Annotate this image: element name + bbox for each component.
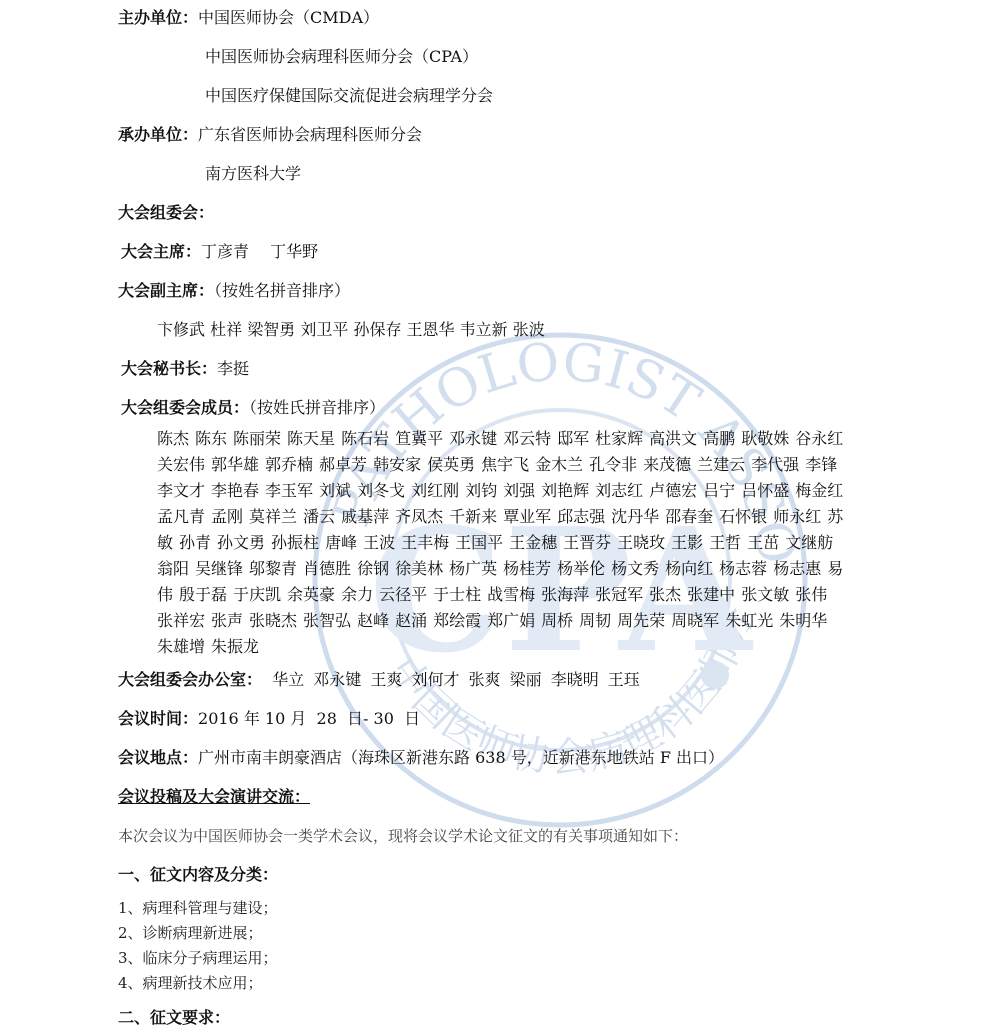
member-name: 吕宁 bbox=[703, 481, 735, 500]
member-name: 苏 bbox=[827, 507, 843, 526]
member-name: 陈杰 bbox=[157, 429, 189, 448]
member-name: 张海萍 bbox=[541, 585, 589, 604]
member-name: 云径平 bbox=[379, 585, 427, 604]
member-name: 杨举伦 bbox=[557, 559, 605, 578]
member-row: 孟凡青孟刚莫祥兰潘云戚基萍齐凤杰千新来覃业军邱志强沈丹华邵春奎石怀银师永红苏 bbox=[157, 504, 947, 530]
member-name: 韩安家 bbox=[373, 455, 421, 474]
member-name: 王晓玫 bbox=[617, 533, 665, 552]
member-name: 高洪文 bbox=[649, 429, 697, 448]
member-name: 余英豪 bbox=[287, 585, 335, 604]
committee-heading: 大会组委会： bbox=[118, 203, 214, 223]
member-name: 吕怀盛 bbox=[741, 481, 789, 500]
member-name: 刘斌 bbox=[319, 481, 351, 500]
office-members: 华立 邓永键 王爽 刘何才 张爽 梁丽 李晓明 王珏 bbox=[272, 670, 640, 689]
chair-row: 大会主席：丁彦青 丁华野 bbox=[121, 242, 318, 262]
place-row: 会议地点：广州市南丰朗豪酒店（海珠区新港东路 638 号，近新港东地铁站 F 出… bbox=[118, 748, 724, 768]
secretary-label: 大会秘书长： bbox=[121, 359, 217, 378]
vice-chair-name: 卞修武 bbox=[157, 320, 205, 339]
member-name: 李玉军 bbox=[265, 481, 313, 500]
member-name: 刘艳辉 bbox=[541, 481, 589, 500]
member-name: 张杰 bbox=[649, 585, 681, 604]
member-name: 孙青 bbox=[179, 533, 211, 552]
section1-heading: 一、征文内容及分类： bbox=[118, 865, 278, 885]
member-name: 周韧 bbox=[579, 611, 611, 630]
member-name: 郝卓芳 bbox=[319, 455, 367, 474]
member-name: 王金穗 bbox=[509, 533, 557, 552]
member-name: 战雪梅 bbox=[487, 585, 535, 604]
chair-names: 丁彦青 丁华野 bbox=[201, 242, 318, 261]
member-name: 戚基萍 bbox=[341, 507, 389, 526]
member-name: 王茁 bbox=[747, 533, 779, 552]
intro-text: 本次会议为中国医师协会一类学术会议，现将会议学术论文征文的有关事项通知如下： bbox=[118, 826, 688, 846]
member-row: 伟殷于磊于庆凯余英豪余力云径平于士柱战雪梅张海萍张冠军张杰张建中张文敏张伟 bbox=[157, 582, 947, 608]
member-name: 杨志惠 bbox=[773, 559, 821, 578]
member-name: 张智弘 bbox=[303, 611, 351, 630]
member-name: 朱明华 bbox=[779, 611, 827, 630]
member-name: 刘冬戈 bbox=[357, 481, 405, 500]
member-name: 张祥宏 bbox=[157, 611, 205, 630]
host-item: 中国医师协会病理科医师分会（CPA） bbox=[205, 47, 478, 67]
member-row: 关宏伟郭华雄郭乔楠郝卓芳韩安家侯英勇焦宇飞金木兰孔令非来茂德兰建云李代强李锋 bbox=[157, 452, 947, 478]
member-name: 杨文秀 bbox=[611, 559, 659, 578]
member-name: 高鹏 bbox=[703, 429, 735, 448]
member-name: 肖德胜 bbox=[303, 559, 351, 578]
member-name: 千新来 bbox=[449, 507, 497, 526]
vice-chair-name: 韦立新 bbox=[460, 320, 508, 339]
member-name: 张声 bbox=[211, 611, 243, 630]
member-name: 郑绘霞 bbox=[433, 611, 481, 630]
member-name: 焦宇飞 bbox=[481, 455, 529, 474]
member-name: 孟刚 bbox=[211, 507, 243, 526]
member-name: 邱志强 bbox=[557, 507, 605, 526]
chair-label: 大会主席： bbox=[121, 242, 201, 261]
member-name: 金木兰 bbox=[535, 455, 583, 474]
member-name: 杨桂芳 bbox=[503, 559, 551, 578]
vice-chair-name: 杜祥 bbox=[210, 320, 242, 339]
member-name: 吴继锋 bbox=[195, 559, 243, 578]
member-name: 杨向红 bbox=[665, 559, 713, 578]
member-name: 刘强 bbox=[503, 481, 535, 500]
place-label: 会议地点： bbox=[118, 748, 198, 767]
member-name: 张建中 bbox=[687, 585, 735, 604]
member-name: 王波 bbox=[363, 533, 395, 552]
host-item: 中国医疗保健国际交流促进会病理学分会 bbox=[205, 86, 493, 106]
members-row: 大会组委会成员：（按姓氏拼音排序） bbox=[121, 398, 385, 418]
time-label: 会议时间： bbox=[118, 709, 198, 728]
member-name: 徐钢 bbox=[357, 559, 389, 578]
member-name: 刘红刚 bbox=[411, 481, 459, 500]
member-name: 谷永红 bbox=[795, 429, 843, 448]
member-name: 潘云 bbox=[303, 507, 335, 526]
member-name: 张伟 bbox=[795, 585, 827, 604]
member-name: 伟 bbox=[157, 585, 173, 604]
organizer-row: 承办单位：广东省医师协会病理科医师分会 bbox=[118, 125, 422, 145]
members-note: （按姓氏拼音排序） bbox=[249, 398, 385, 417]
member-name: 齐凤杰 bbox=[395, 507, 443, 526]
member-name: 赵涌 bbox=[395, 611, 427, 630]
member-name: 张晓杰 bbox=[249, 611, 297, 630]
office-row: 大会组委会办公室： 华立 邓永键 王爽 刘何才 张爽 梁丽 李晓明 王珏 bbox=[118, 670, 640, 690]
member-name: 敏 bbox=[157, 533, 173, 552]
secretary-row: 大会秘书长：李挺 bbox=[121, 359, 249, 379]
member-name: 郭华雄 bbox=[211, 455, 259, 474]
member-name: 张文敏 bbox=[741, 585, 789, 604]
vice-chair-note: （按姓名拼音排序） bbox=[214, 281, 350, 300]
member-name: 李艳春 bbox=[211, 481, 259, 500]
vice-chair-label: 大会副主席： bbox=[118, 281, 214, 300]
member-name: 王哲 bbox=[709, 533, 741, 552]
member-name: 于庆凯 bbox=[233, 585, 281, 604]
member-name: 来茂德 bbox=[643, 455, 691, 474]
member-name: 余力 bbox=[341, 585, 373, 604]
member-name: 王国平 bbox=[455, 533, 503, 552]
member-name: 梅金红 bbox=[795, 481, 843, 500]
member-name: 文继舫 bbox=[785, 533, 833, 552]
member-name: 刘钧 bbox=[465, 481, 497, 500]
member-name: 周晓军 bbox=[671, 611, 719, 630]
vice-chair-name: 刘卫平 bbox=[300, 320, 348, 339]
member-name: 李锋 bbox=[805, 455, 837, 474]
vice-chair-name: 张波 bbox=[513, 320, 545, 339]
vice-chair-name: 孙保存 bbox=[353, 320, 401, 339]
member-name: 兰建云 bbox=[697, 455, 745, 474]
host-item: 中国医师协会（CMDA） bbox=[198, 8, 379, 27]
member-name: 王丰梅 bbox=[401, 533, 449, 552]
submission-heading: 会议投稿及大会演讲交流： bbox=[118, 787, 310, 807]
member-row: 敏孙青孙文勇孙振柱唐峰王波王丰梅王国平王金穗王晋芬王晓玫王影王哲王茁文继舫 bbox=[157, 530, 947, 556]
member-name: 师永红 bbox=[773, 507, 821, 526]
member-name: 王影 bbox=[671, 533, 703, 552]
member-name: 孔令非 bbox=[589, 455, 637, 474]
member-name: 沈丹华 bbox=[611, 507, 659, 526]
member-name: 易 bbox=[827, 559, 843, 578]
category-item: 3、临床分子病理运用； bbox=[118, 948, 278, 968]
member-name: 侯英勇 bbox=[427, 455, 475, 474]
organizer-label: 承办单位： bbox=[118, 125, 198, 144]
member-row: 陈杰陈东陈丽荣陈天星陈石岩笪冀平邓永键邓云特邸军杜家辉高洪文高鹏耿敬姝谷永红 bbox=[157, 426, 947, 452]
member-name: 于士柱 bbox=[433, 585, 481, 604]
member-name: 邸军 bbox=[557, 429, 589, 448]
member-row: 张祥宏张声张晓杰张智弘赵峰赵涌郑绘霞郑广娟周桥周韧周先荣周晓军朱虹光朱明华 bbox=[157, 608, 947, 634]
member-name: 孙文勇 bbox=[217, 533, 265, 552]
member-name: 李代强 bbox=[751, 455, 799, 474]
member-row: 朱雄增朱振龙 bbox=[157, 634, 947, 660]
office-label: 大会组委会办公室： bbox=[118, 670, 262, 689]
member-name: 邓云特 bbox=[503, 429, 551, 448]
vice-chair-name: 王恩华 bbox=[407, 320, 455, 339]
member-name: 卢德宏 bbox=[649, 481, 697, 500]
host-row: 主办单位：中国医师协会（CMDA） bbox=[118, 8, 379, 28]
member-name: 陈石岩 bbox=[341, 429, 389, 448]
member-name: 杨志蓉 bbox=[719, 559, 767, 578]
member-name: 翁阳 bbox=[157, 559, 189, 578]
member-name: 莫祥兰 bbox=[249, 507, 297, 526]
member-name: 郑广娟 bbox=[487, 611, 535, 630]
member-name: 郭乔楠 bbox=[265, 455, 313, 474]
member-name: 杨广英 bbox=[449, 559, 497, 578]
category-item: 1、病理科管理与建设； bbox=[118, 898, 278, 918]
vice-chair-name: 梁智勇 bbox=[247, 320, 295, 339]
meeting-time: 2016 年 10 月 28 日- 30 日 bbox=[198, 709, 420, 728]
member-name: 覃业军 bbox=[503, 507, 551, 526]
category-item: 4、病理新技术应用； bbox=[118, 973, 263, 993]
members-label: 大会组委会成员： bbox=[121, 398, 249, 417]
member-name: 周先荣 bbox=[617, 611, 665, 630]
member-name: 耿敬姝 bbox=[741, 429, 789, 448]
meeting-place: 广州市南丰朗豪酒店（海珠区新港东路 638 号，近新港东地铁站 F 出口） bbox=[198, 748, 724, 767]
member-name: 王晋芬 bbox=[563, 533, 611, 552]
member-name: 邵春奎 bbox=[665, 507, 713, 526]
secretary-name: 李挺 bbox=[217, 359, 249, 378]
vice-chair-list: 卞修武 杜祥 梁智勇 刘卫平 孙保存 王恩华 韦立新 张波 bbox=[157, 320, 545, 340]
category-item: 2、诊断病理新进展； bbox=[118, 923, 263, 943]
member-name: 石怀银 bbox=[719, 507, 767, 526]
member-name: 殷于磊 bbox=[179, 585, 227, 604]
member-name: 邬黎青 bbox=[249, 559, 297, 578]
member-name: 关宏伟 bbox=[157, 455, 205, 474]
member-name: 李文才 bbox=[157, 481, 205, 500]
member-name: 唐峰 bbox=[325, 533, 357, 552]
member-name: 张冠军 bbox=[595, 585, 643, 604]
time-row: 会议时间：2016 年 10 月 28 日- 30 日 bbox=[118, 709, 420, 729]
member-name: 笪冀平 bbox=[395, 429, 443, 448]
member-name: 陈丽荣 bbox=[233, 429, 281, 448]
member-name: 徐美林 bbox=[395, 559, 443, 578]
organizer-item: 广东省医师协会病理科医师分会 bbox=[198, 125, 422, 144]
member-name: 杜家辉 bbox=[595, 429, 643, 448]
member-name: 邓永键 bbox=[449, 429, 497, 448]
member-row: 李文才李艳春李玉军刘斌刘冬戈刘红刚刘钧刘强刘艳辉刘志红卢德宏吕宁吕怀盛梅金红 bbox=[157, 478, 947, 504]
member-name: 陈东 bbox=[195, 429, 227, 448]
vice-chair-row: 大会副主席：（按姓名拼音排序） bbox=[118, 281, 350, 301]
section2-heading: 二、征文要求： bbox=[118, 1008, 230, 1028]
member-name: 孟凡青 bbox=[157, 507, 205, 526]
member-name: 周桥 bbox=[541, 611, 573, 630]
member-name: 赵峰 bbox=[357, 611, 389, 630]
organizer-item: 南方医科大学 bbox=[205, 164, 301, 184]
member-name: 陈天星 bbox=[287, 429, 335, 448]
host-label: 主办单位： bbox=[118, 8, 198, 27]
member-name: 朱虹光 bbox=[725, 611, 773, 630]
member-name: 朱振龙 bbox=[211, 637, 259, 656]
member-row: 翁阳吴继锋邬黎青肖德胜徐钢徐美林杨广英杨桂芳杨举伦杨文秀杨向红杨志蓉杨志惠易 bbox=[157, 556, 947, 582]
member-list: 陈杰陈东陈丽荣陈天星陈石岩笪冀平邓永键邓云特邸军杜家辉高洪文高鹏耿敬姝谷永红关宏… bbox=[157, 426, 947, 660]
member-name: 朱雄增 bbox=[157, 637, 205, 656]
member-name: 孙振柱 bbox=[271, 533, 319, 552]
member-name: 刘志红 bbox=[595, 481, 643, 500]
